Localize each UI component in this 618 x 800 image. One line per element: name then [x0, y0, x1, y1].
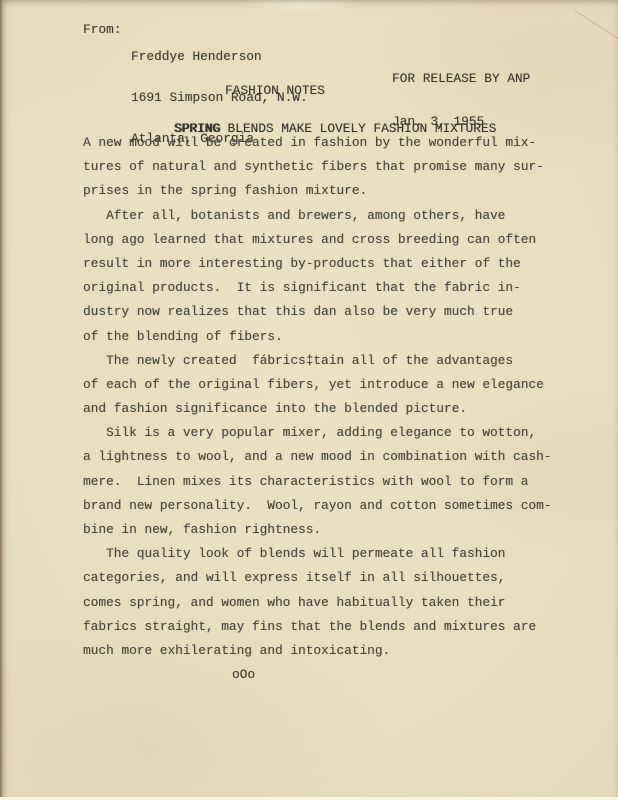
- body-line: original products. It is significant tha…: [83, 276, 551, 300]
- body-line: The quality look of blends will permeate…: [83, 542, 551, 566]
- body-line: tures of natural and synthetic fibers th…: [83, 155, 551, 179]
- from-label: From:: [83, 22, 121, 37]
- body-line: long ago learned that mixtures and cross…: [83, 228, 551, 252]
- body-line: and fashion significance into the blende…: [83, 397, 551, 421]
- scanned-page: From: Freddye Henderson 1691 Simpson Roa…: [0, 0, 618, 800]
- end-mark: oOo: [232, 667, 255, 682]
- body-line: A new mood will be created in fashion by…: [83, 131, 551, 155]
- body-line: of each of the original fibers, yet intr…: [83, 373, 551, 397]
- section-heading: FASHION NOTES: [225, 83, 325, 98]
- body-line: a lightness to wool, and a new mood in c…: [83, 445, 551, 469]
- body-line: prises in the spring fashion mixture.: [83, 179, 551, 203]
- body-line: fabrics straight, may fins that the blen…: [83, 615, 551, 639]
- paper-crease: [574, 10, 618, 39]
- body-line: After all, botanists and brewers, among …: [83, 204, 551, 228]
- article-body: A new mood will be created in fashion by…: [83, 131, 551, 663]
- body-line: dustry now realizes that this dan also b…: [83, 300, 551, 324]
- scan-edge-left: [0, 0, 3, 800]
- body-line: brand new personality. Wool, rayon and c…: [83, 494, 551, 518]
- body-line: comes spring, and women who have habitua…: [83, 591, 551, 615]
- body-line: mere. Linen mixes its characteristics wi…: [83, 470, 551, 494]
- body-line: bine in new, fashion rightness.: [83, 518, 551, 542]
- sender-name: Freddye Henderson: [131, 50, 308, 64]
- body-line: The newly created fábrics‡tain all of th…: [83, 349, 551, 373]
- release-statement: FOR RELEASE BY ANP: [392, 72, 530, 86]
- body-line: much more exhilerating and intoxicating.: [83, 639, 551, 663]
- body-line: categories, and will express itself in a…: [83, 566, 551, 590]
- body-line: of the blending of fibers.: [83, 325, 551, 349]
- body-line: result in more interesting by-products t…: [83, 252, 551, 276]
- body-line: Silk is a very popular mixer, adding ele…: [83, 421, 551, 445]
